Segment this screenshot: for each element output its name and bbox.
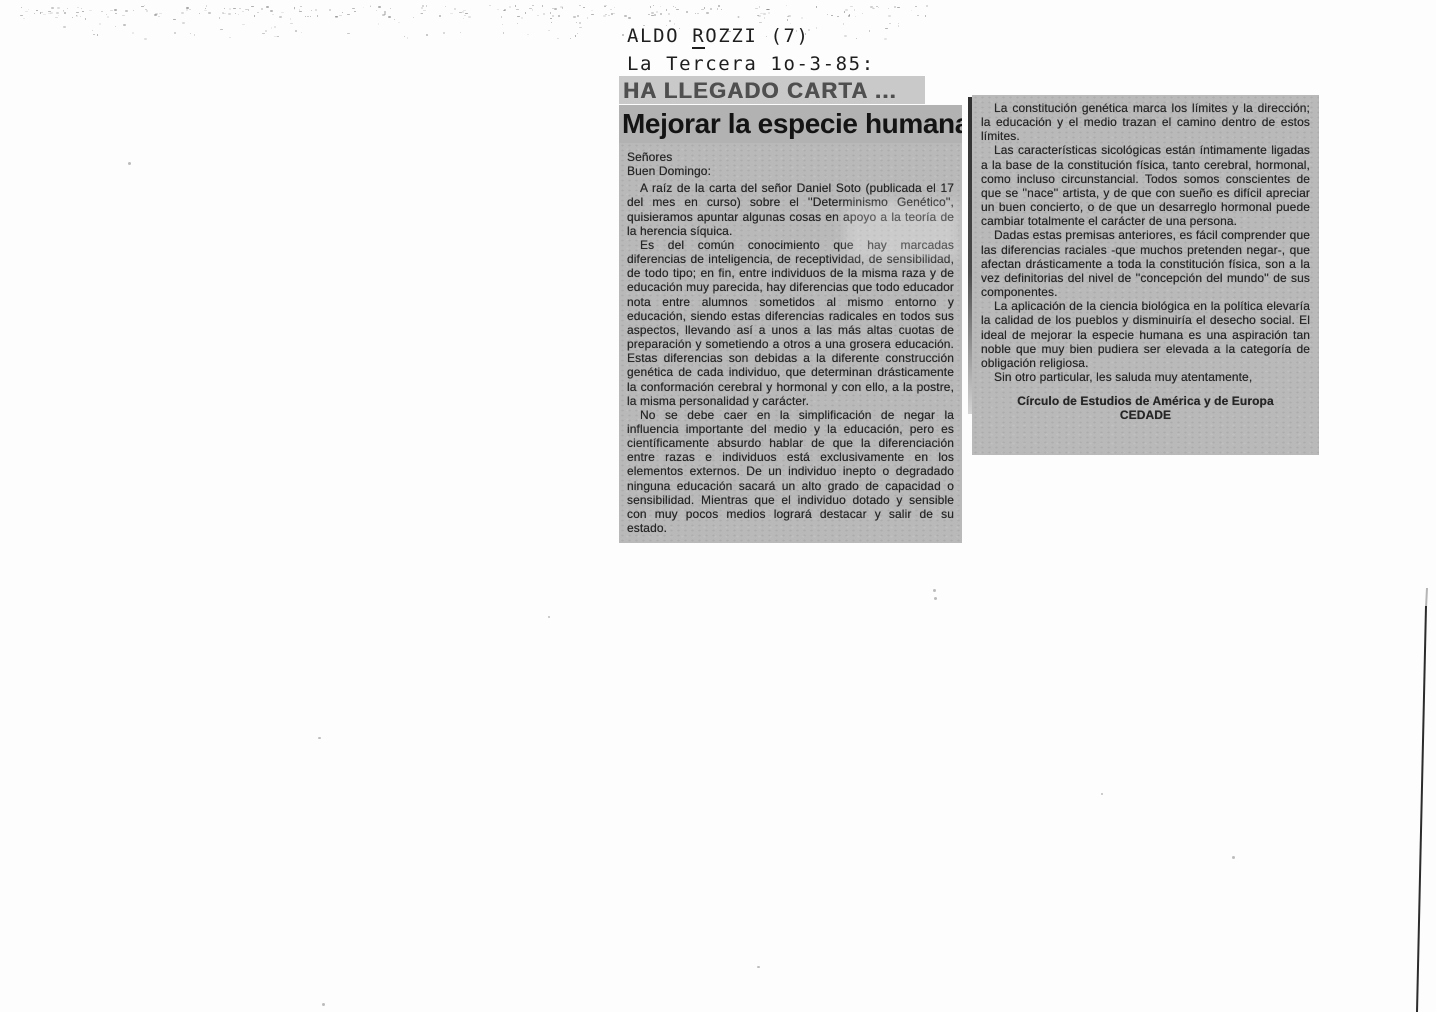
- letter-salutation: Señores Buen Domingo:: [627, 150, 954, 178]
- newspaper-clipping-left: HA LLEGADO CARTA ... Mejorar la especie …: [619, 76, 962, 543]
- typed-name-underlined-letter: R: [692, 25, 705, 49]
- paragraph: Es del común conocimiento que hay marcad…: [627, 238, 954, 408]
- signature-organization: Círculo de Estudios de América y de Euro…: [981, 394, 1310, 408]
- section-kicker: HA LLEGADO CARTA ...: [619, 76, 925, 104]
- scan-speck: [933, 589, 936, 592]
- salutation-line: Buen Domingo:: [627, 164, 954, 178]
- scan-speck: [548, 616, 550, 618]
- article-headline: Mejorar la especie humana: [619, 105, 962, 143]
- paragraph: A raíz de la carta del señor Daniel Soto…: [627, 181, 954, 238]
- scan-speck: [128, 162, 131, 165]
- paragraph: Las características sicológicas están ín…: [981, 143, 1310, 228]
- paragraph: La aplicación de la ciencia biológica en…: [981, 299, 1310, 370]
- signature-acronym: CEDADE: [981, 408, 1310, 422]
- typed-name-suffix: OZZI (7): [705, 25, 809, 47]
- letter-signature: Círculo de Estudios de América y de Euro…: [981, 394, 1310, 422]
- paragraph: Dadas estas premisas anteriores, es fáci…: [981, 228, 1310, 299]
- paragraph: No se debe caer en la simplificación de …: [627, 408, 954, 535]
- typed-annotation-line1: ALDO ROZZI (7): [627, 22, 875, 50]
- scan-speck: [934, 597, 937, 600]
- typed-name-prefix: ALDO: [627, 25, 692, 47]
- typed-annotation-line2: La Tercera 1o-3-85:: [627, 50, 875, 78]
- scan-speck: [322, 1003, 325, 1006]
- salutation-line: Señores: [627, 150, 954, 164]
- scan-speck: [757, 966, 760, 968]
- paragraph: La constitución genética marca los límit…: [981, 101, 1310, 143]
- scanned-page: ALDO ROZZI (7) La Tercera 1o-3-85: HA LL…: [0, 0, 1436, 1012]
- newspaper-clipping-right: La constitución genética marca los límit…: [972, 95, 1319, 455]
- typed-annotation: ALDO ROZZI (7) La Tercera 1o-3-85:: [627, 22, 875, 78]
- scan-speck: [318, 737, 321, 739]
- paragraph: Sin otro particular, les saluda muy aten…: [981, 370, 1310, 384]
- scan-speck: [1101, 793, 1103, 795]
- scan-speck: [1232, 856, 1235, 859]
- article-body-left-column: Señores Buen Domingo: A raíz de la carta…: [619, 143, 962, 543]
